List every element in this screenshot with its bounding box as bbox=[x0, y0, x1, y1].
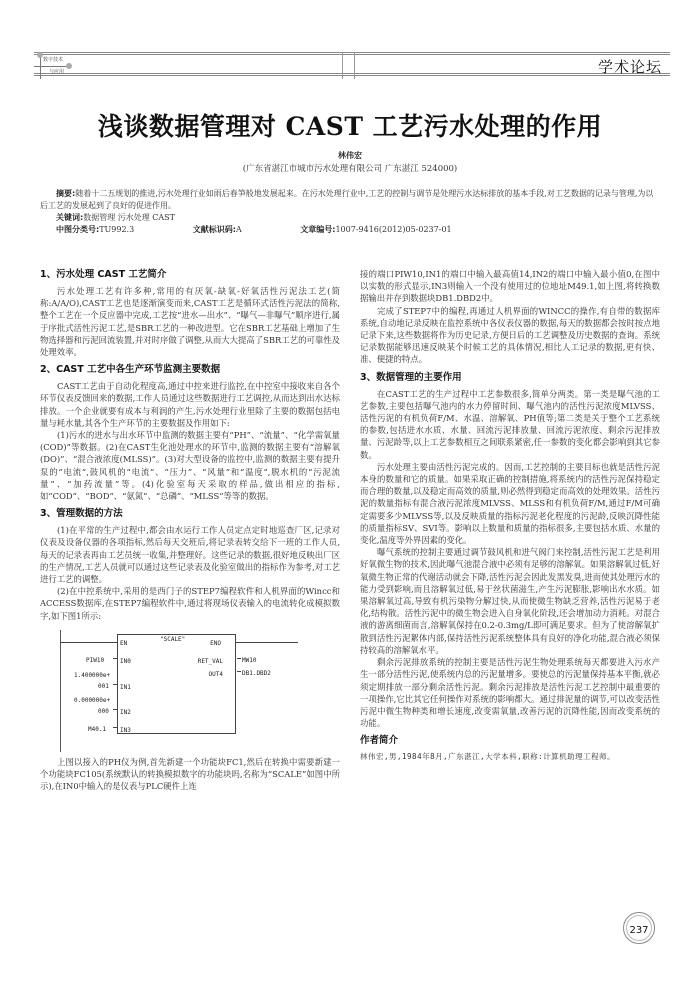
author-bio: 林伟宏,男,1984年8月,广东湛江,大学本科,职称:计算机助理工程师。 bbox=[360, 751, 660, 763]
journal-logo: 数字技术 与应用 bbox=[34, 55, 94, 73]
paragraph: 完成了STEP7中的编程,再通过人机界面的WINCC的操作,有自带的数据库系统,… bbox=[360, 305, 660, 366]
paragraph: CAST工艺由于自动化程度高,通过中控来进行监控,在中控室中接收来自各个环节仪表… bbox=[40, 380, 340, 429]
paragraph: (1)在平常的生产过程中,都会由水运行工作人员定点定时地巡查厂区,记录对仪表及设… bbox=[40, 524, 340, 585]
ladder-rail bbox=[60, 630, 61, 752]
paragraph: (2)在中控系统中,采用的是西门子的STEP7编程软件和人机界面的Wincc和A… bbox=[40, 585, 340, 622]
author-name: 林伟宏 bbox=[0, 150, 700, 161]
abstract-block: 摘要:随着十二五规划的推进,污水处理行业如雨后春笋般地发展起来。在污水处理行业中… bbox=[40, 188, 660, 236]
section-label: 学术论坛 bbox=[598, 56, 662, 77]
paragraph: 污水处理工艺有许多种,常用的有厌氧-缺氧-好氧活性污泥法工艺(简称:A/A/O)… bbox=[40, 285, 340, 358]
abstract-label: 摘要: bbox=[56, 189, 75, 198]
paragraph: 污水处理主要由活性污泥完成的。因而,工艺控制的主要目标也就是活性污泥本身的数量和… bbox=[360, 461, 660, 546]
paragraph: 接的端口PIW10,IN1的端口中输入最高值14,IN2的端口中输入最小值0,在… bbox=[360, 268, 660, 305]
abstract: 摘要:随着十二五规划的推进,污水处理行业如雨后春笋般地发展起来。在污水处理行业中… bbox=[40, 188, 660, 212]
section-3-heading: 3、管理数据的方法 bbox=[40, 507, 340, 520]
right-column: 接的端口PIW10,IN1的端口中输入最高值14,IN2的端口中输入最小值0,在… bbox=[360, 268, 660, 764]
article-title: 浅谈数据管理对 CAST 工艺污水处理的作用 bbox=[0, 107, 700, 143]
paragraph: (1)污水的进水与出水环节中监测的数据主要有“PH”、“流量”、“化学需氧量(C… bbox=[40, 429, 340, 502]
author-affiliation: (广东省湛江市城市污水处理有限公司 广东湛江 524000) bbox=[0, 162, 700, 174]
in0-value: PIW10 bbox=[86, 655, 104, 667]
keywords-text: 数据管理 污水处理 CAST bbox=[83, 213, 175, 222]
page-number-seal: 237 bbox=[623, 912, 655, 944]
logo-line-1: 数字技术 bbox=[43, 56, 63, 63]
function-block-scale: "SCALE" EN ENO IN0 RET_VAL OUT4 IN1 IN2 … bbox=[117, 634, 236, 734]
out4-value: DB1.DBD2 bbox=[242, 668, 271, 680]
logo-line-2: 与应用 bbox=[49, 68, 64, 75]
section-3b-heading: 3、数据管理的主要作用 bbox=[360, 371, 660, 384]
article-number: 1007-9416(2012)05-0237-01 bbox=[335, 225, 451, 234]
document-code: A bbox=[236, 225, 242, 234]
paragraph: 上图以接入的PH仪为例,首先新建一个功能块FC1,然后在转换中需要新建一个功能块… bbox=[40, 756, 340, 793]
keywords: 关键词:数据管理 污水处理 CAST bbox=[40, 212, 660, 224]
figure-1-scale-block-diagram: "SCALE" EN ENO IN0 RET_VAL OUT4 IN1 IN2 … bbox=[60, 630, 300, 752]
author-bio-heading: 作者简介 bbox=[360, 734, 660, 747]
section-2-heading: 2、CAST 工艺中各生产环节监测主要数据 bbox=[40, 363, 340, 376]
paragraph: 剩余污泥排放系统的控制主要是活性污泥生物处理系统每天都要进入污水产生一部分活性污… bbox=[360, 656, 660, 729]
clc-number: TU992.3 bbox=[99, 225, 134, 234]
abstract-text: 随着十二五规划的推进,污水处理行业如雨后春笋般地发展起来。在污水处理行业中,工艺… bbox=[40, 189, 653, 210]
in3-value: M40.1 bbox=[88, 724, 106, 736]
paragraph: 曝气系统的控制主要通过调节鼓风机和进气阀门来控制,活性污泥工艺是利用好氧微生物的… bbox=[360, 546, 660, 656]
left-column: 1、污水处理 CAST 工艺简介 污水处理工艺有许多种,常用的有厌氧-缺氧-好氧… bbox=[40, 268, 340, 792]
page-number: 237 bbox=[626, 915, 652, 941]
journal-header: 数字技术 与应用 学术论坛 bbox=[34, 52, 670, 76]
paragraph: 在CAST工艺的生产过程中工艺参数很多,简单分两类。第一类是曝气池的工艺参数,主… bbox=[360, 388, 660, 461]
section-1-heading: 1、污水处理 CAST 工艺简介 bbox=[40, 268, 340, 281]
classification-line: 中图分类号:TU992.3 文献标识码:A 文章编号:1007-9416(201… bbox=[40, 224, 660, 236]
header-divider-bars bbox=[340, 53, 360, 81]
ret-val-value: MW10 bbox=[242, 655, 256, 667]
block-name: "SCALE" bbox=[160, 634, 185, 646]
